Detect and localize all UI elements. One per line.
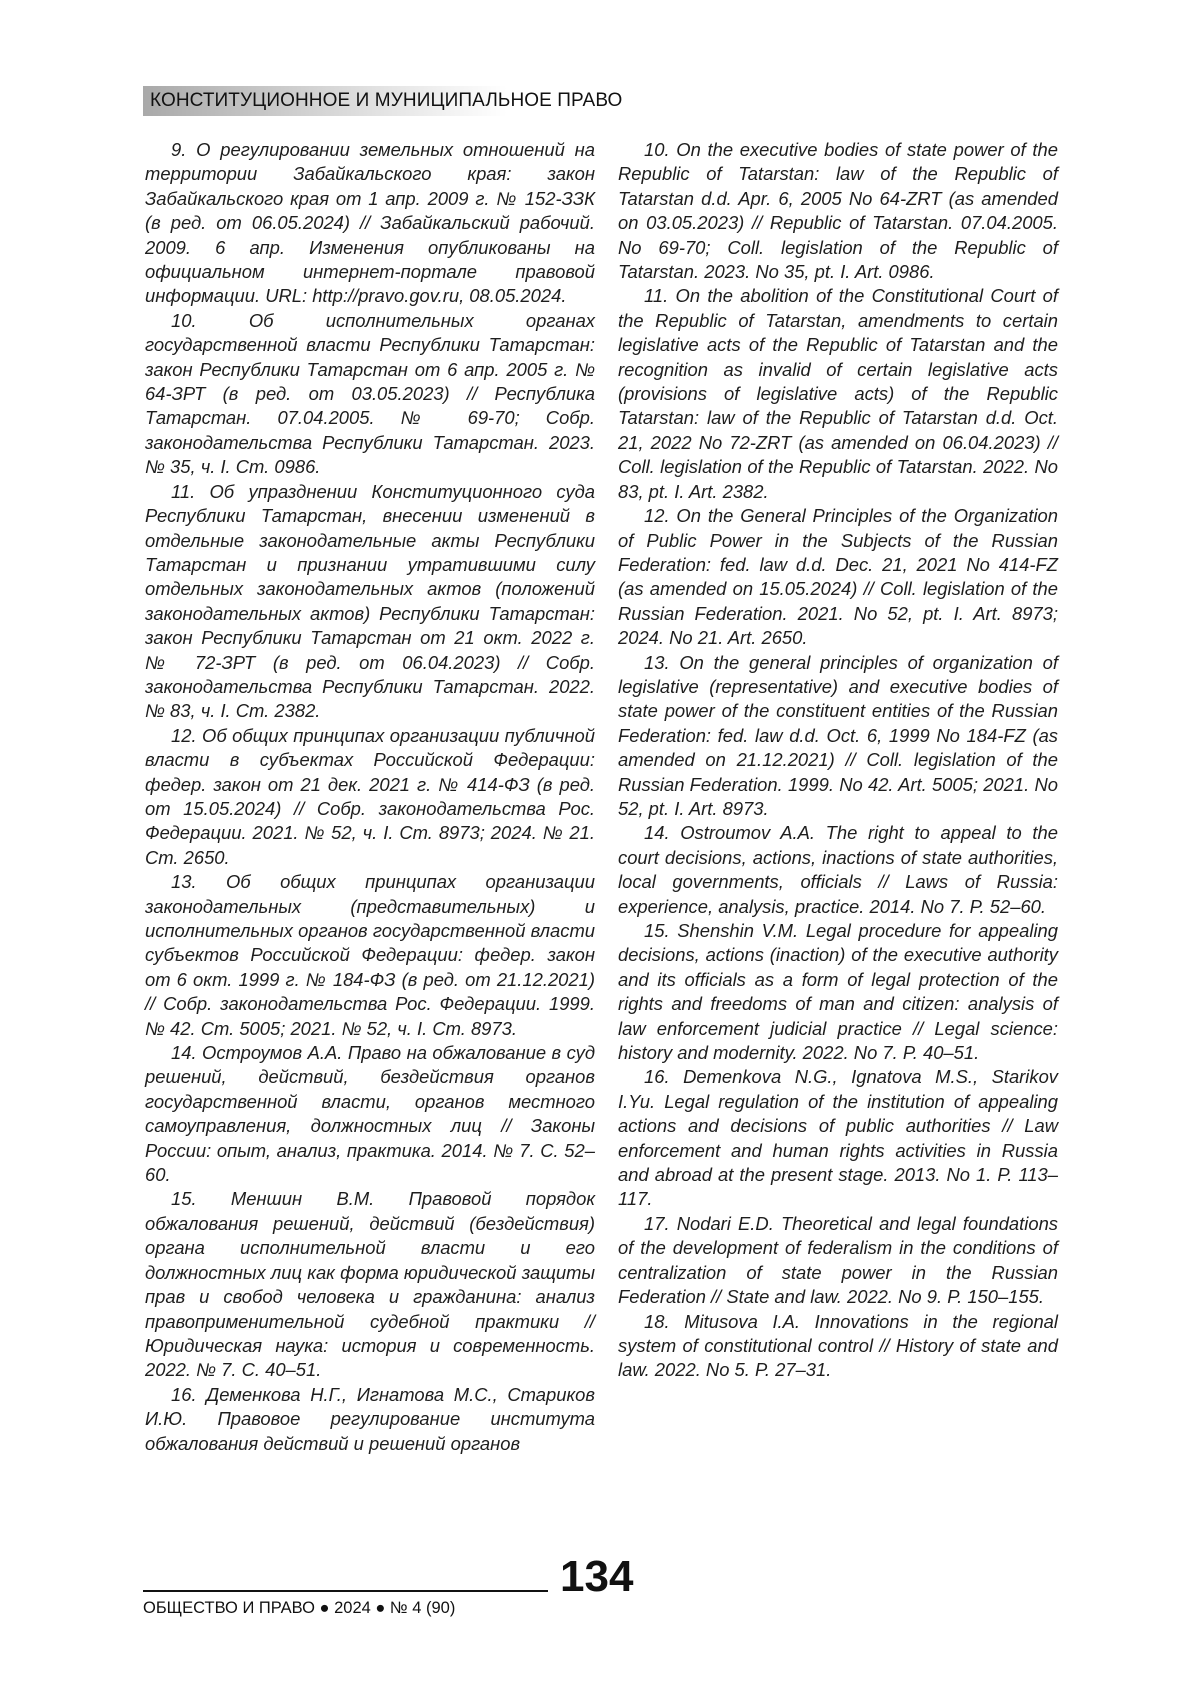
footer-divider [143, 1590, 548, 1592]
reference-item-ru-11: 11. Об упразднении Конституционного суда… [145, 480, 595, 724]
references-english-column: 10. On the executive bodies of state pow… [618, 138, 1058, 1383]
reference-item-en-14: 14. Ostroumov A.A. The right to appeal t… [618, 821, 1058, 919]
reference-item-en-10: 10. On the executive bodies of state pow… [618, 138, 1058, 284]
reference-item-ru-14: 14. Остроумов А.А. Право на обжалование … [145, 1041, 595, 1187]
page-number: 134 [560, 1553, 633, 1601]
reference-item-en-12: 12. On the General Principles of the Org… [618, 504, 1058, 650]
reference-item-ru-10: 10. Об исполнительных органах государств… [145, 309, 595, 480]
reference-item-en-18: 18. Mitusova I.A. Innovations in the reg… [618, 1310, 1058, 1383]
reference-item-ru-16: 16. Деменкова Н.Г., Игнатова М.С., Стари… [145, 1383, 595, 1456]
reference-item-ru-9: 9. О регулировании земельных отношений н… [145, 138, 595, 309]
reference-item-en-13: 13. On the general principles of organiz… [618, 651, 1058, 822]
journal-issue-info: ОБЩЕСТВО И ПРАВО ● 2024 ● № 4 (90) [143, 1597, 455, 1619]
references-russian-column: 9. О регулировании земельных отношений н… [145, 138, 595, 1456]
reference-item-ru-12: 12. Об общих принципах организации публи… [145, 724, 595, 870]
reference-item-ru-15: 15. Меншин В.М. Правовой порядок обжалов… [145, 1187, 595, 1382]
reference-item-en-17: 17. Nodari E.D. Theoretical and legal fo… [618, 1212, 1058, 1310]
reference-item-ru-13: 13. Об общих принципах организации закон… [145, 870, 595, 1041]
reference-item-en-11: 11. On the abolition of the Constitution… [618, 284, 1058, 504]
reference-item-en-15: 15. Shenshin V.M. Legal procedure for ap… [618, 919, 1058, 1065]
section-title: КОНСТИТУЦИОННОЕ И МУНИЦИПАЛЬНОЕ ПРАВО [150, 88, 622, 114]
reference-item-en-16: 16. Demenkova N.G., Ignatova M.S., Stari… [618, 1065, 1058, 1211]
